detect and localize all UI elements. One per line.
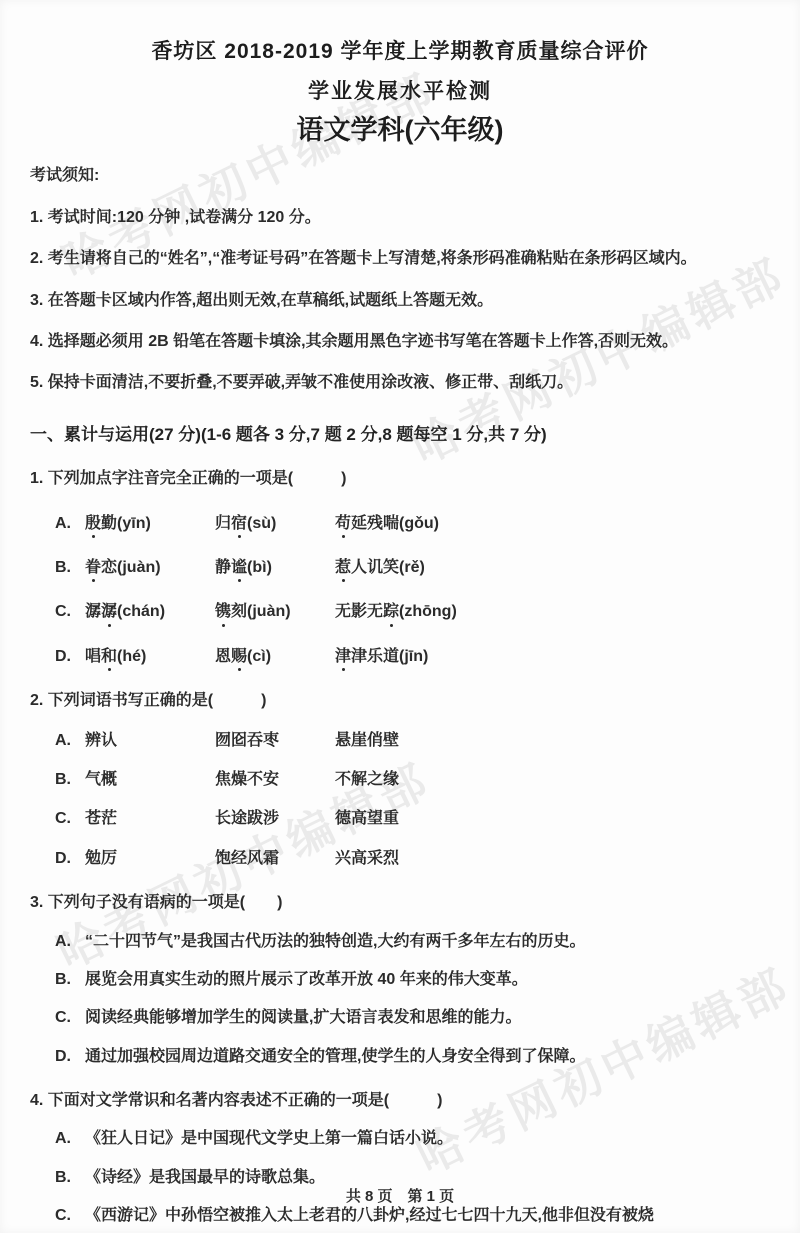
question-1-stem: 1. 下列加点字注音完全正确的一项是( ) <box>30 470 770 488</box>
dotted-char: 苟 <box>335 515 351 533</box>
option-word: 长途跋涉 <box>215 810 335 828</box>
notice-item-2: 2. 考生请将自己的“姓名”,“准考证号码”在答题卡上写清楚,将条形码准确粘贴在… <box>30 250 770 268</box>
option-word: 气概 <box>85 771 215 789</box>
option-text: 《西游记》中孙悟空被推入太上老君的八卦炉,经过七七四十九天,他非但没有被烧 <box>85 1207 654 1225</box>
title-block: 香坊区 2018-2019 学年度上学期教育质量综合评价 学业发展水平检测 语文… <box>0 0 800 146</box>
option-word: 德高望重 <box>335 810 770 828</box>
q3-option-d: D. 通过加强校园周边道路交通安全的管理,使学生的人身安全得到了保障。 <box>30 1048 770 1066</box>
option-word: 兴高采烈 <box>335 850 770 868</box>
option-label: C. <box>55 603 85 621</box>
option-word: 辨认 <box>85 732 215 750</box>
q3-option-b: B. 展览会用真实生动的照片展示了改革开放 40 年来的伟大变革。 <box>30 971 770 989</box>
option-word: 苍茫 <box>85 810 215 828</box>
word-pre: 恩 <box>215 648 231 665</box>
option-text: 展览会用真实生动的照片展示了改革开放 40 年来的伟大变革。 <box>85 971 528 989</box>
question-3-stem: 3. 下列句子没有语病的一项是( ) <box>30 894 770 912</box>
word-with-pinyin: 归宿(sù) <box>215 515 335 533</box>
pinyin: (juàn) <box>247 603 291 620</box>
q1-option-b: B. 眷恋(juàn) 静谧(bì) 惹人讥笑(rě) <box>30 559 770 577</box>
exam-body: 考试须知: 1. 考试时间:120 分钟 ,试卷满分 120 分。 2. 考生请… <box>0 167 800 1225</box>
q2-option-b: B. 气概 焦燥不安 不解之缘 <box>30 771 770 789</box>
pinyin: (cì) <box>247 648 271 665</box>
dotted-char: 殷 <box>85 515 101 533</box>
q2-option-c: C. 苍茫 长途跋涉 德高望重 <box>30 810 770 828</box>
section-1-heading: 一、累计与运用(27 分)(1-6 题各 3 分,7 题 2 分,8 题每空 1… <box>30 425 770 445</box>
option-text: 通过加强校园周边道路交通安全的管理,使学生的人身安全得到了保障。 <box>85 1048 585 1066</box>
dotted-char: 宿 <box>231 515 247 533</box>
word-with-pinyin: 眷恋(juàn) <box>85 559 215 577</box>
word-pre: 归 <box>215 515 231 532</box>
option-label: A. <box>55 1130 85 1148</box>
option-label: A. <box>55 732 85 750</box>
q3-option-c: C. 阅读经典能够增加学生的阅读量,扩大语言表发和思维的能力。 <box>30 1009 770 1027</box>
dotted-char: 和 <box>101 648 117 666</box>
pinyin: (gǒu) <box>399 515 439 532</box>
option-text: 《诗经》是我国最早的诗歌总集。 <box>85 1169 325 1187</box>
option-word: 不解之缘 <box>335 771 770 789</box>
option-word: 饱经风霜 <box>215 850 335 868</box>
dotted-char: 镌 <box>215 603 231 621</box>
pinyin: (bì) <box>247 559 272 576</box>
subject-title: 语文学科(六年级) <box>0 115 800 146</box>
pinyin: (zhōng) <box>399 603 457 620</box>
question-4-stem: 4. 下面对文学常识和名著内容表述不正确的一项是( ) <box>30 1092 770 1110</box>
notice-heading: 考试须知: <box>30 167 770 185</box>
q3-option-a: A. “二十四节气”是我国古代历法的独特创造,大约有两千多年左右的历史。 <box>30 933 770 951</box>
option-label: C. <box>55 1009 85 1027</box>
option-label: C. <box>55 810 85 828</box>
option-label: A. <box>55 933 85 951</box>
word-pre: 静 <box>215 559 231 576</box>
option-label: C. <box>55 1207 85 1225</box>
q2-option-d: D. 勉厉 饱经风霜 兴高采烈 <box>30 850 770 868</box>
q1-option-c: C. 潺潺(chán) 镌刻(juàn) 无影无踪(zhōng) <box>30 603 770 621</box>
option-word: 勉厉 <box>85 850 215 868</box>
page-title: 香坊区 2018-2019 学年度上学期教育质量综合评价 <box>0 40 800 64</box>
notice-item-4: 4. 选择题必须用 2B 铅笔在答题卡填涂,其余题用黑色字迹书写笔在答题卡上作答… <box>30 333 770 351</box>
q2-option-a: A. 辨认 囫囵吞枣 悬崖俏壁 <box>30 732 770 750</box>
q1-option-d: D. 唱和(hé) 恩赐(cì) 津津乐道(jīn) <box>30 648 770 666</box>
word-with-pinyin: 津津乐道(jīn) <box>335 648 770 666</box>
word-pre: 潺 <box>85 603 101 620</box>
word-with-pinyin: 潺潺(chán) <box>85 603 215 621</box>
dotted-char: 惹 <box>335 559 351 577</box>
notice-item-3: 3. 在答题卡区域内作答,超出则无效,在草稿纸,试题纸上答题无效。 <box>30 292 770 310</box>
q4-option-a: A. 《狂人日记》是中国现代文学史上第一篇白话小说。 <box>30 1130 770 1148</box>
dotted-char: 津 <box>335 648 351 666</box>
option-label: B. <box>55 971 85 989</box>
word-post: 人讥笑 <box>351 559 399 576</box>
dotted-char: 赐 <box>231 648 247 666</box>
question-2-stem: 2. 下列词语书写正确的是( ) <box>30 692 770 710</box>
notice-item-5: 5. 保持卡面清洁,不要折叠,不要弄破,弄皱不准使用涂改液、修正带、刮纸刀。 <box>30 374 770 392</box>
word-pre: 唱 <box>85 648 101 665</box>
pinyin: (rě) <box>399 559 425 576</box>
notice-item-1: 1. 考试时间:120 分钟 ,试卷满分 120 分。 <box>30 209 770 227</box>
option-label: B. <box>55 559 85 577</box>
word-with-pinyin: 镌刻(juàn) <box>215 603 335 621</box>
option-text: 《狂人日记》是中国现代文学史上第一篇白话小说。 <box>85 1130 453 1148</box>
word-post: 恋 <box>101 559 117 576</box>
option-label: B. <box>55 1169 85 1187</box>
pinyin: (sù) <box>247 515 276 532</box>
word-pre: 无影无 <box>335 603 383 620</box>
word-post: 勤 <box>101 515 117 532</box>
word-with-pinyin: 无影无踪(zhōng) <box>335 603 770 621</box>
option-word: 悬崖俏壁 <box>335 732 770 750</box>
exam-paper-page: 哈考网初中编辑部 哈考网初中编辑部 哈考网初中编辑部 哈考网初中编辑部 香坊区 … <box>0 0 800 1233</box>
q4-option-b: B. 《诗经》是我国最早的诗歌总集。 <box>30 1169 770 1187</box>
dotted-char: 谧 <box>231 559 247 577</box>
option-text: 阅读经典能够增加学生的阅读量,扩大语言表发和思维的能力。 <box>85 1009 521 1027</box>
pinyin: (juàn) <box>117 559 161 576</box>
pinyin: (jīn) <box>399 648 428 665</box>
pinyin: (yīn) <box>117 515 151 532</box>
q4-option-c: C. 《西游记》中孙悟空被推入太上老君的八卦炉,经过七七四十九天,他非但没有被烧 <box>30 1207 770 1225</box>
option-label: B. <box>55 771 85 789</box>
word-with-pinyin: 惹人讥笑(rě) <box>335 559 770 577</box>
option-word: 焦燥不安 <box>215 771 335 789</box>
option-label: D. <box>55 850 85 868</box>
option-text: “二十四节气”是我国古代历法的独特创造,大约有两千多年左右的历史。 <box>85 933 585 951</box>
page-subtitle: 学业发展水平检测 <box>0 80 800 104</box>
word-with-pinyin: 苟延残喘(gǒu) <box>335 515 770 533</box>
word-post: 津乐道 <box>351 648 399 665</box>
option-label: D. <box>55 1048 85 1066</box>
option-label: D. <box>55 648 85 666</box>
word-post: 刻 <box>231 603 247 620</box>
dotted-char: 眷 <box>85 559 101 577</box>
dotted-char: 潺 <box>101 603 117 621</box>
q1-option-a: A. 殷勤(yīn) 归宿(sù) 苟延残喘(gǒu) <box>30 515 770 533</box>
word-with-pinyin: 静谧(bì) <box>215 559 335 577</box>
pinyin: (hé) <box>117 648 146 665</box>
pinyin: (chán) <box>117 603 165 620</box>
page-footer: 共 8 页 第 1 页 <box>0 1188 800 1205</box>
dotted-char: 踪 <box>383 603 399 621</box>
option-label: A. <box>55 515 85 533</box>
option-word: 囫囵吞枣 <box>215 732 335 750</box>
word-with-pinyin: 殷勤(yīn) <box>85 515 215 533</box>
word-with-pinyin: 恩赐(cì) <box>215 648 335 666</box>
word-with-pinyin: 唱和(hé) <box>85 648 215 666</box>
word-post: 延残喘 <box>351 515 399 532</box>
